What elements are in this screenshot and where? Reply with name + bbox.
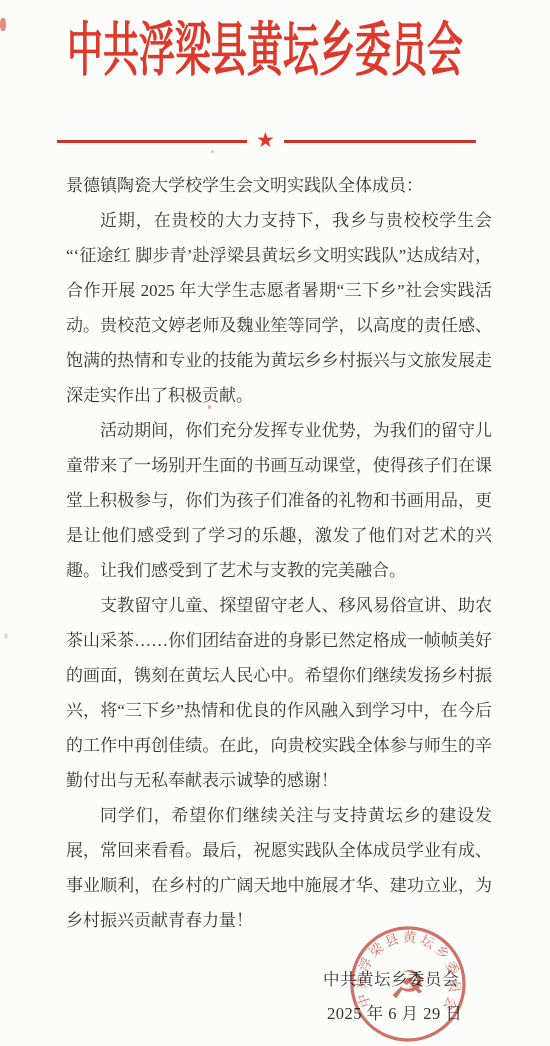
letterhead-title: 中共浮梁县黄坛乡委员会 (0, 5, 530, 88)
paragraph-1: 近期，在贵校的大力支持下，我乡与贵校校学生会“‘征途红 脚步青’赴浮梁县黄坛乡文… (66, 203, 492, 413)
scan-speck (211, 150, 214, 153)
letterhead-divider: ★ (57, 130, 476, 152)
scan-speck (4, 633, 8, 639)
scan-speck (0, 18, 6, 31)
scan-speck (208, 405, 211, 409)
scanned-letter-page: 中共浮梁县黄坛乡委员会 ★ 景德镇陶瓷大学校学生会文明实践队全体成员： 近期，在… (0, 0, 550, 1046)
paragraph-3: 支教留守儿童、探望留守老人、移风易俗宣讲、助农茶山采茶……你们团结奋进的身影已然… (66, 588, 492, 798)
paragraph-4: 同学们，希望你们继续关注与支持黄坛乡的建设发展，常回来看看。最后，祝愿实践队全体… (66, 798, 492, 938)
star-icon: ★ (256, 130, 275, 151)
divider-rule-left (57, 140, 247, 143)
salutation: 景德镇陶瓷大学校学生会文明实践队全体成员： (66, 168, 492, 203)
letter-body: 景德镇陶瓷大学校学生会文明实践队全体成员： 近期，在贵校的大力支持下，我乡与贵校… (66, 168, 492, 938)
official-seal: 中共浮梁县黄坛乡委员会 ☭ (344, 920, 472, 1046)
paragraph-2: 活动期间，你们充分发挥专业优势，为我们的留守儿童带来了一场别开生面的书画互动课堂… (66, 413, 492, 588)
divider-rule-right (284, 140, 476, 143)
hammer-sickle-icon: ☭ (388, 962, 427, 1010)
